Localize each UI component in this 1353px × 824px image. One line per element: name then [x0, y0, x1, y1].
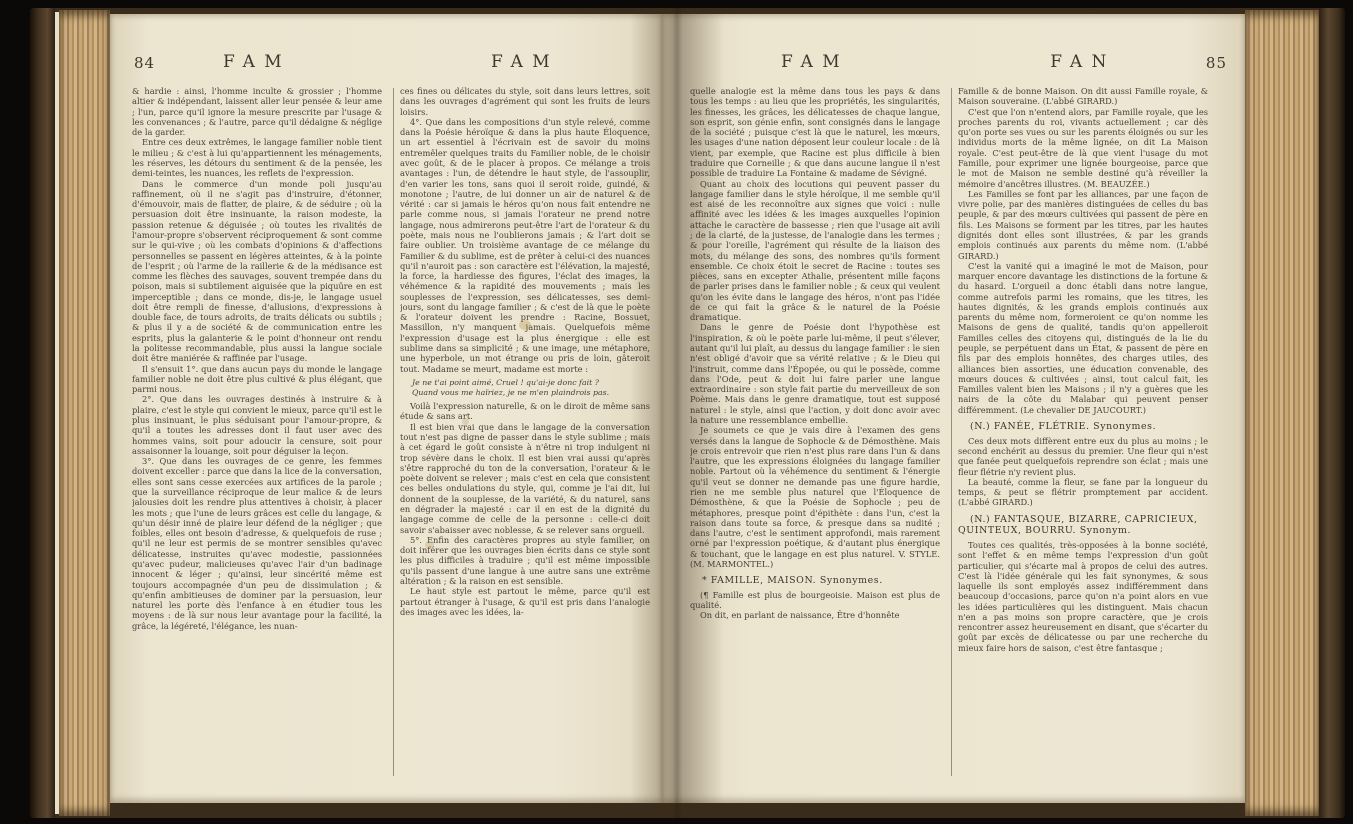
paragraph: 3°. Que dans les ouvrages de ce genre, l…: [132, 456, 382, 631]
entry-heading: (N.) FANÉE, FLÉTRIE. Synonymes.: [958, 421, 1208, 433]
paragraph: La beauté, comme la fleur, se fane par l…: [958, 477, 1208, 508]
paragraph: 4°. Que dans les compositions d'un style…: [400, 117, 650, 374]
left-page-column-2: ces fines ou délicates du style, soit da…: [400, 86, 650, 786]
right-page-edges: [1245, 10, 1320, 816]
paragraph: Les Familles se font par les alliances, …: [958, 189, 1208, 261]
photo-background: { "photo": { "background_color": "#0a090…: [0, 0, 1353, 824]
right-cover-board: [1319, 8, 1345, 818]
right-column-rule: [951, 88, 952, 776]
left-column-rule: [393, 88, 394, 776]
paragraph: Il est bien vrai que dans le langage de …: [400, 422, 650, 535]
paragraph: 5°. Enfin des caractères propres au styl…: [400, 535, 650, 586]
paragraph: ces fines ou délicates du style, soit da…: [400, 86, 650, 117]
paragraph: Je ne t'ai point aimé, Cruel ! qu'ai-je …: [412, 378, 650, 397]
paragraph: C'est la vanité qui a imaginé le mot de …: [958, 261, 1208, 415]
left-page-text-area: & hardie : ainsi, l'homme inculte & gros…: [110, 86, 662, 792]
left-page-header: 84 FAM FAM: [110, 52, 662, 78]
paragraph: Je soumets ce que je vais dire à l'exame…: [690, 425, 940, 569]
entry-heading: (N.) FANTASQUE, BIZARRE, CAPRICIEUX, QUI…: [958, 514, 1208, 537]
right-page-number: 85: [1206, 54, 1227, 72]
paragraph: Dans le genre de Poésie dont l'hypothèse…: [690, 322, 940, 425]
running-head-fam-3: FAM: [690, 52, 940, 72]
right-page-column-1: quelle analogie est la même dans tous le…: [690, 86, 940, 786]
paragraph: Famille & de bonne Maison. On dit aussi …: [958, 86, 1208, 107]
running-head-fan: FAN: [958, 52, 1208, 72]
paragraph: C'est que l'on n'entend alors, par Famil…: [958, 107, 1208, 189]
paragraph: (¶ Famille est plus de bourgeoisie. Mais…: [690, 590, 940, 611]
right-page: FAM FAN 85 quelle analogie est la même d…: [662, 14, 1245, 803]
paragraph: Le haut style est partout le même, parce…: [400, 586, 650, 617]
right-page-header: FAM FAN 85: [662, 52, 1245, 78]
paragraph: & hardie : ainsi, l'homme inculte & gros…: [132, 86, 382, 137]
open-book: 84 FAM FAM & hardie : ainsi, l'homme inc…: [30, 8, 1345, 818]
paragraph: Dans le commerce d'un monde poli jusqu'a…: [132, 179, 382, 364]
paragraph: Quant au choix des locutions qui peuvent…: [690, 179, 940, 323]
left-page-edges: [59, 10, 110, 816]
left-page-column-1: & hardie : ainsi, l'homme inculte & gros…: [132, 86, 382, 786]
paragraph: Ces deux mots diffèrent entre eux du plu…: [958, 436, 1208, 477]
entry-heading: * FAMILLE, MAISON. Synonymes.: [690, 575, 940, 587]
right-page-column-2: Famille & de bonne Maison. On dit aussi …: [958, 86, 1208, 786]
running-head-fam-2: FAM: [400, 52, 650, 72]
paragraph: On dit, en parlant de naissance, Être d'…: [690, 610, 940, 620]
left-page: 84 FAM FAM & hardie : ainsi, l'homme inc…: [110, 14, 662, 803]
running-head-fam-1: FAM: [132, 52, 382, 72]
paragraph: Toutes ces qualités, très-opposées à la …: [958, 540, 1208, 653]
paragraph: Entre ces deux extrêmes, le langage fami…: [132, 137, 382, 178]
paragraph: 2°. Que dans les ouvrages destinés à ins…: [132, 394, 382, 456]
paragraph: Il s'ensuit 1°. que dans aucun pays du m…: [132, 364, 382, 395]
left-cover-board: [30, 8, 55, 818]
paragraph: Voilà l'expression naturelle, & on le di…: [400, 401, 650, 422]
paragraph: quelle analogie est la même dans tous le…: [690, 86, 940, 179]
right-page-text-area: quelle analogie est la même dans tous le…: [662, 86, 1245, 792]
